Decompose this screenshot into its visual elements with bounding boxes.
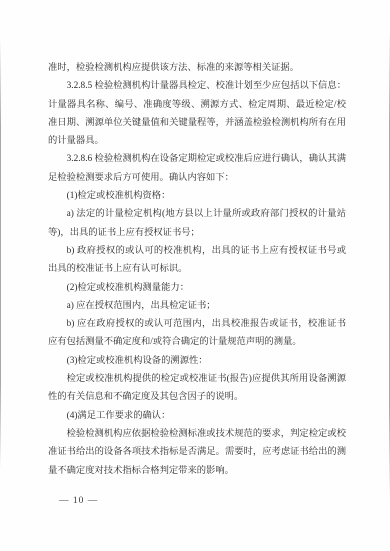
- item-1-sub-b: b) 政府授权的或认可的校准机构，出具的证书上应有授权证书号或出具的校准证书上应…: [48, 242, 346, 279]
- clause-3-2-8-6: 3.2.8.6 检验检测机构在设备定期检定或校准后应进行确认，确认其满足检验检测…: [48, 150, 346, 187]
- item-4-body: 检验检测机构应依据检验检测标准或技术规范的要求，判定检定或校准证书给出的设备各项…: [48, 425, 346, 480]
- item-3-heading: (3)检定或校准机构设备的溯源性：: [48, 352, 346, 370]
- scan-left-edge: [0, 40, 1, 470]
- item-2-sub-b: b) 应在政府授权的或认可范围内，出具校准报告或证书，校准证书应有包括测量不确定…: [48, 315, 346, 352]
- item-2-sub-a: a) 应在授权范围内，出具检定证书；: [48, 297, 346, 315]
- continued-paragraph: 准时，检验检测机构应提供该方法、标准的来源等相关证据。: [48, 59, 346, 77]
- document-page: 准时，检验检测机构应提供该方法、标准的来源等相关证据。 3.2.8.5 检验检测…: [0, 0, 390, 551]
- clause-3-2-8-5: 3.2.8.5 检验检测机构计量器具检定、校准计划至少应包括以下信息：计量器具名…: [48, 77, 346, 150]
- item-2-heading: (2)检定或校准机构测量能力：: [48, 279, 346, 297]
- item-4-heading: (4)满足工作要求的确认：: [48, 407, 346, 425]
- item-1-heading: (1)检定或校准机构资格：: [48, 187, 346, 205]
- body-text: 准时，检验检测机构应提供该方法、标准的来源等相关证据。 3.2.8.5 检验检测…: [48, 59, 346, 480]
- item-1-sub-a: a) 法定的计量检定机构(地方县以上计量所或政府部门授权的计量站等)，出具的证书…: [48, 205, 346, 242]
- item-3-body: 检定或校准机构提供的检定或校准证书(报告)应提供其所用设备溯源性的有关信息和不确…: [48, 370, 346, 407]
- page-number: — 10 —: [59, 494, 98, 508]
